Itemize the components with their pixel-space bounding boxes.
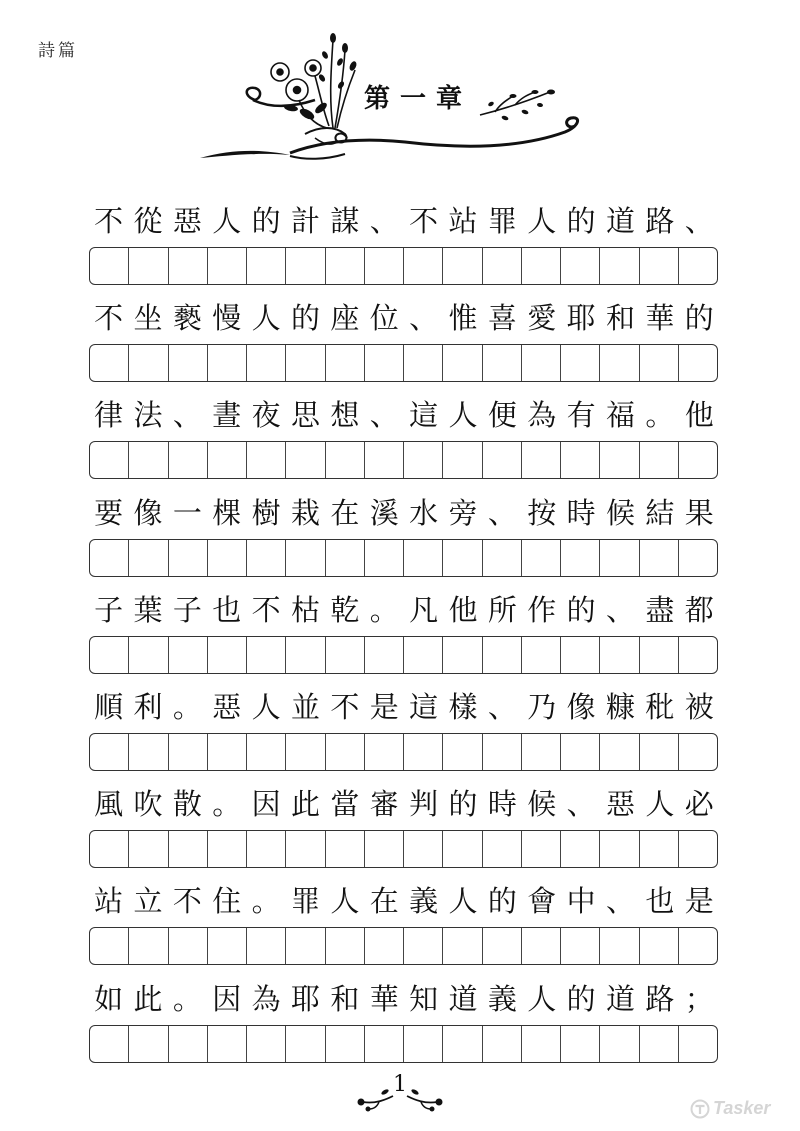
writing-cell[interactable] bbox=[208, 831, 247, 867]
verse-text-row: 律法、晝夜思想、這人便為有福。他 bbox=[89, 391, 719, 439]
verse-char: 樣 bbox=[443, 683, 482, 731]
verse-char: 人 bbox=[443, 877, 482, 925]
writing-grid-row[interactable] bbox=[89, 830, 718, 868]
verse-char: 、 bbox=[680, 197, 719, 245]
writing-cell[interactable] bbox=[404, 928, 443, 964]
writing-cell[interactable] bbox=[247, 540, 286, 576]
writing-grid-row[interactable] bbox=[89, 247, 718, 285]
verse-char: 散 bbox=[168, 780, 207, 828]
verse-char: 順 bbox=[89, 683, 128, 731]
writing-cell[interactable] bbox=[600, 928, 639, 964]
page-number: 1 bbox=[0, 1072, 800, 1097]
writing-cell[interactable] bbox=[561, 248, 600, 284]
writing-cell[interactable] bbox=[483, 248, 522, 284]
writing-cell[interactable] bbox=[640, 637, 679, 673]
writing-cell[interactable] bbox=[208, 248, 247, 284]
watermark-text: Tasker bbox=[713, 1098, 770, 1119]
verse-char: 有 bbox=[562, 391, 601, 439]
writing-cell[interactable] bbox=[640, 831, 679, 867]
copy-line: 子葉子也不枯乾。凡他所作的、盡都 bbox=[89, 586, 719, 683]
verse-char: 罪 bbox=[286, 877, 325, 925]
writing-cell[interactable] bbox=[129, 248, 168, 284]
writing-cell[interactable] bbox=[561, 928, 600, 964]
writing-cell[interactable] bbox=[365, 248, 404, 284]
verse-char: 的 bbox=[562, 197, 601, 245]
writing-cell[interactable] bbox=[561, 637, 600, 673]
verse-char: 為 bbox=[522, 391, 561, 439]
verse-char: 人 bbox=[247, 294, 286, 342]
verse-text-row: 如此。因為耶和華知道義人的道路； bbox=[89, 975, 719, 1023]
writing-cell[interactable] bbox=[600, 734, 639, 770]
verse-char: 惡 bbox=[207, 683, 246, 731]
verse-char: 不 bbox=[247, 586, 286, 634]
writing-cell[interactable] bbox=[169, 345, 208, 381]
writing-cell[interactable] bbox=[443, 248, 482, 284]
writing-cell[interactable] bbox=[169, 734, 208, 770]
writing-cell[interactable] bbox=[365, 637, 404, 673]
writing-cell[interactable] bbox=[129, 734, 168, 770]
writing-cell[interactable] bbox=[404, 248, 443, 284]
verse-char: ； bbox=[680, 975, 719, 1023]
writing-cell[interactable] bbox=[522, 831, 561, 867]
verse-char: 的 bbox=[443, 780, 482, 828]
verse-char: 也 bbox=[207, 586, 246, 634]
verse-char: 按 bbox=[522, 489, 561, 537]
writing-cell[interactable] bbox=[247, 637, 286, 673]
verse-char: 褻 bbox=[168, 294, 207, 342]
writing-cell[interactable] bbox=[679, 1026, 717, 1062]
writing-grid-row[interactable] bbox=[89, 927, 718, 965]
verse-char: 作 bbox=[522, 586, 561, 634]
writing-cell[interactable] bbox=[326, 831, 365, 867]
verse-char: 被 bbox=[680, 683, 719, 731]
writing-cell[interactable] bbox=[90, 1026, 129, 1062]
verse-char: 這 bbox=[404, 683, 443, 731]
verse-char: 華 bbox=[365, 975, 404, 1023]
writing-cell[interactable] bbox=[365, 1026, 404, 1062]
verse-char: 他 bbox=[680, 391, 719, 439]
verse-char: 乃 bbox=[522, 683, 561, 731]
verse-char: 。 bbox=[168, 975, 207, 1023]
writing-cell[interactable] bbox=[247, 831, 286, 867]
verse-char: 坐 bbox=[128, 294, 167, 342]
writing-cell[interactable] bbox=[90, 345, 129, 381]
verse-text-row: 子葉子也不枯乾。凡他所作的、盡都 bbox=[89, 586, 719, 634]
verse-char: 從 bbox=[128, 197, 167, 245]
writing-cell[interactable] bbox=[365, 831, 404, 867]
verse-char: 所 bbox=[483, 586, 522, 634]
writing-cell[interactable] bbox=[129, 831, 168, 867]
writing-cell[interactable] bbox=[129, 442, 168, 478]
writing-cell[interactable] bbox=[286, 1026, 325, 1062]
writing-grid-row[interactable] bbox=[89, 733, 718, 771]
writing-cell[interactable] bbox=[326, 928, 365, 964]
writing-cell[interactable] bbox=[640, 928, 679, 964]
verse-char: 人 bbox=[325, 877, 364, 925]
verse-char: 的 bbox=[483, 877, 522, 925]
verse-char: 人 bbox=[207, 197, 246, 245]
verse-char: 、 bbox=[404, 294, 443, 342]
writing-cell[interactable] bbox=[522, 928, 561, 964]
writing-cell[interactable] bbox=[365, 345, 404, 381]
writing-cell[interactable] bbox=[129, 1026, 168, 1062]
verse-char: 和 bbox=[325, 975, 364, 1023]
verse-char: 的 bbox=[562, 975, 601, 1023]
writing-cell[interactable] bbox=[90, 637, 129, 673]
verse-char: 栽 bbox=[286, 489, 325, 537]
writing-cell[interactable] bbox=[169, 637, 208, 673]
writing-cell[interactable] bbox=[522, 734, 561, 770]
verse-char: 的 bbox=[286, 294, 325, 342]
verse-char: 、 bbox=[168, 391, 207, 439]
writing-cell[interactable] bbox=[326, 540, 365, 576]
writing-cell[interactable] bbox=[679, 345, 717, 381]
verse-char: 會 bbox=[522, 877, 561, 925]
writing-cell[interactable] bbox=[561, 345, 600, 381]
verse-char: 人 bbox=[443, 391, 482, 439]
verse-char: 不 bbox=[168, 877, 207, 925]
writing-cell[interactable] bbox=[247, 1026, 286, 1062]
writing-cell[interactable] bbox=[404, 831, 443, 867]
verse-char: 人 bbox=[640, 780, 679, 828]
writing-cell[interactable] bbox=[169, 540, 208, 576]
verse-char: 乾 bbox=[325, 586, 364, 634]
writing-cell[interactable] bbox=[129, 928, 168, 964]
verse-char: 候 bbox=[522, 780, 561, 828]
verse-char: 。 bbox=[640, 391, 679, 439]
verse-char: 像 bbox=[562, 683, 601, 731]
verse-char: 結 bbox=[640, 489, 679, 537]
writing-cell[interactable] bbox=[247, 442, 286, 478]
verse-char: 、 bbox=[365, 391, 404, 439]
writing-cell[interactable] bbox=[522, 345, 561, 381]
writing-cell[interactable] bbox=[404, 345, 443, 381]
writing-cell[interactable] bbox=[326, 248, 365, 284]
verse-char: 住 bbox=[207, 877, 246, 925]
writing-cell[interactable] bbox=[326, 637, 365, 673]
verse-char: 座 bbox=[325, 294, 364, 342]
writing-cell[interactable] bbox=[129, 540, 168, 576]
verse-char: 必 bbox=[680, 780, 719, 828]
writing-cell[interactable] bbox=[600, 637, 639, 673]
verse-char: 判 bbox=[404, 780, 443, 828]
writing-cell[interactable] bbox=[286, 442, 325, 478]
writing-cell[interactable] bbox=[90, 928, 129, 964]
verse-char: 子 bbox=[89, 586, 128, 634]
writing-cell[interactable] bbox=[169, 248, 208, 284]
writing-cell[interactable] bbox=[522, 442, 561, 478]
copy-line: 不坐褻慢人的座位、惟喜愛耶和華的 bbox=[89, 294, 719, 391]
copy-line: 如此。因為耶和華知道義人的道路； bbox=[89, 975, 719, 1072]
watermark: Tasker bbox=[690, 1098, 770, 1119]
writing-grid-row[interactable] bbox=[89, 636, 718, 674]
verse-char: 、 bbox=[601, 586, 640, 634]
verse-char: 是 bbox=[680, 877, 719, 925]
writing-cell[interactable] bbox=[600, 248, 639, 284]
verse-text-row: 順利。惡人並不是這樣、乃像糠秕被 bbox=[89, 683, 719, 731]
verse-char: 不 bbox=[325, 683, 364, 731]
verse-char: 盡 bbox=[640, 586, 679, 634]
writing-cell[interactable] bbox=[640, 1026, 679, 1062]
writing-cell[interactable] bbox=[600, 831, 639, 867]
writing-cell[interactable] bbox=[679, 831, 717, 867]
verse-char: 謀 bbox=[325, 197, 364, 245]
writing-cell[interactable] bbox=[640, 540, 679, 576]
writing-cell[interactable] bbox=[169, 1026, 208, 1062]
writing-cell[interactable] bbox=[208, 928, 247, 964]
verse-char: 如 bbox=[89, 975, 128, 1023]
verse-char: 耶 bbox=[286, 975, 325, 1023]
verse-text-row: 要像一棵樹栽在溪水旁、按時候結果 bbox=[89, 489, 719, 537]
verse-char: 時 bbox=[483, 780, 522, 828]
writing-cell[interactable] bbox=[404, 734, 443, 770]
verse-char: 立 bbox=[128, 877, 167, 925]
writing-cell[interactable] bbox=[483, 831, 522, 867]
writing-cell[interactable] bbox=[443, 734, 482, 770]
writing-cell[interactable] bbox=[522, 637, 561, 673]
writing-cell[interactable] bbox=[443, 345, 482, 381]
writing-cell[interactable] bbox=[561, 1026, 600, 1062]
writing-cell[interactable] bbox=[286, 928, 325, 964]
verse-char: 此 bbox=[128, 975, 167, 1023]
verse-char: 他 bbox=[443, 586, 482, 634]
writing-cell[interactable] bbox=[286, 248, 325, 284]
writing-cell[interactable] bbox=[365, 928, 404, 964]
verse-char: 、 bbox=[483, 683, 522, 731]
writing-cell[interactable] bbox=[600, 345, 639, 381]
verse-char: 耶 bbox=[562, 294, 601, 342]
verse-char: 中 bbox=[562, 877, 601, 925]
footer-sprig-right-icon bbox=[405, 1082, 445, 1112]
writing-cell[interactable] bbox=[169, 928, 208, 964]
writing-cell[interactable] bbox=[208, 345, 247, 381]
writing-cell[interactable] bbox=[679, 734, 717, 770]
writing-cell[interactable] bbox=[561, 831, 600, 867]
verse-char: 在 bbox=[325, 489, 364, 537]
writing-cell[interactable] bbox=[286, 637, 325, 673]
verse-char: 水 bbox=[404, 489, 443, 537]
verse-char: 在 bbox=[365, 877, 404, 925]
verse-char: 和 bbox=[601, 294, 640, 342]
verse-char: 、 bbox=[601, 877, 640, 925]
writing-cell[interactable] bbox=[679, 928, 717, 964]
verse-char: 為 bbox=[247, 975, 286, 1023]
writing-cell[interactable] bbox=[208, 540, 247, 576]
writing-cell[interactable] bbox=[129, 345, 168, 381]
writing-cell[interactable] bbox=[404, 637, 443, 673]
writing-cell[interactable] bbox=[679, 540, 717, 576]
writing-cell[interactable] bbox=[443, 831, 482, 867]
verse-char: 樹 bbox=[247, 489, 286, 537]
verse-char: 晝 bbox=[207, 391, 246, 439]
writing-cell[interactable] bbox=[483, 928, 522, 964]
verse-char: 知 bbox=[404, 975, 443, 1023]
verse-char: 不 bbox=[89, 197, 128, 245]
verse-char: 。 bbox=[365, 586, 404, 634]
verse-char: 夜 bbox=[247, 391, 286, 439]
copy-line: 要像一棵樹栽在溪水旁、按時候結果 bbox=[89, 489, 719, 586]
writing-cell[interactable] bbox=[483, 637, 522, 673]
verse-text-row: 風吹散。因此當審判的時候、惡人必 bbox=[89, 780, 719, 828]
verse-char: 道 bbox=[443, 975, 482, 1023]
verse-char: 審 bbox=[365, 780, 404, 828]
writing-cell[interactable] bbox=[404, 540, 443, 576]
copy-line: 順利。惡人並不是這樣、乃像糠秕被 bbox=[89, 683, 719, 780]
writing-cell[interactable] bbox=[90, 540, 129, 576]
writing-grid-row[interactable] bbox=[89, 441, 718, 479]
writing-cell[interactable] bbox=[286, 831, 325, 867]
writing-cell[interactable] bbox=[483, 540, 522, 576]
writing-cell[interactable] bbox=[208, 734, 247, 770]
verse-char: 人 bbox=[247, 683, 286, 731]
writing-cell[interactable] bbox=[483, 345, 522, 381]
writing-cell[interactable] bbox=[640, 248, 679, 284]
writing-cell[interactable] bbox=[640, 442, 679, 478]
writing-cell[interactable] bbox=[404, 1026, 443, 1062]
verse-char: 像 bbox=[128, 489, 167, 537]
verse-text-row: 不從惡人的計謀、不站罪人的道路、 bbox=[89, 197, 719, 245]
writing-cell[interactable] bbox=[483, 1026, 522, 1062]
verse-char: 慢 bbox=[207, 294, 246, 342]
verse-char: 葉 bbox=[128, 586, 167, 634]
verse-char: 義 bbox=[483, 975, 522, 1023]
writing-cell[interactable] bbox=[326, 734, 365, 770]
writing-cell[interactable] bbox=[679, 248, 717, 284]
copy-line: 不從惡人的計謀、不站罪人的道路、 bbox=[89, 197, 719, 294]
writing-cell[interactable] bbox=[443, 442, 482, 478]
verse-char: 法 bbox=[128, 391, 167, 439]
verse-char: 、 bbox=[483, 489, 522, 537]
verse-char: 計 bbox=[286, 197, 325, 245]
verse-char: 因 bbox=[207, 975, 246, 1023]
writing-cell[interactable] bbox=[208, 1026, 247, 1062]
writing-cell[interactable] bbox=[247, 345, 286, 381]
verse-char: 並 bbox=[286, 683, 325, 731]
verse-char: 人 bbox=[522, 975, 561, 1023]
verse-char: 站 bbox=[89, 877, 128, 925]
verse-char: 、 bbox=[562, 780, 601, 828]
writing-cell[interactable] bbox=[561, 734, 600, 770]
verse-char: 想 bbox=[325, 391, 364, 439]
verse-char: 旁 bbox=[443, 489, 482, 537]
writing-cell[interactable] bbox=[443, 928, 482, 964]
writing-cell[interactable] bbox=[286, 734, 325, 770]
writing-cell[interactable] bbox=[561, 540, 600, 576]
writing-cell[interactable] bbox=[247, 734, 286, 770]
writing-cell[interactable] bbox=[286, 540, 325, 576]
verse-char: 罪 bbox=[483, 197, 522, 245]
verse-char: 這 bbox=[404, 391, 443, 439]
writing-cell[interactable] bbox=[365, 442, 404, 478]
writing-cell[interactable] bbox=[443, 1026, 482, 1062]
writing-cell[interactable] bbox=[640, 345, 679, 381]
writing-grid-row[interactable] bbox=[89, 539, 718, 577]
verse-char: 路 bbox=[640, 975, 679, 1023]
verse-char: 的 bbox=[562, 586, 601, 634]
writing-cell[interactable] bbox=[483, 442, 522, 478]
verse-char: 。 bbox=[168, 683, 207, 731]
writing-cell[interactable] bbox=[365, 540, 404, 576]
writing-cell[interactable] bbox=[247, 928, 286, 964]
writing-cell[interactable] bbox=[522, 540, 561, 576]
verse-char: 。 bbox=[207, 780, 246, 828]
verse-char: 愛 bbox=[522, 294, 561, 342]
verse-char: 、 bbox=[365, 197, 404, 245]
writing-grid-row[interactable] bbox=[89, 1025, 718, 1063]
writing-cell[interactable] bbox=[169, 831, 208, 867]
verse-char: 風 bbox=[89, 780, 128, 828]
writing-cell[interactable] bbox=[640, 734, 679, 770]
writing-cell[interactable] bbox=[443, 637, 482, 673]
verse-char: 道 bbox=[601, 975, 640, 1023]
verse-char: 溪 bbox=[365, 489, 404, 537]
writing-cell[interactable] bbox=[522, 248, 561, 284]
writing-cell[interactable] bbox=[600, 442, 639, 478]
writing-cell[interactable] bbox=[443, 540, 482, 576]
verse-char: 律 bbox=[89, 391, 128, 439]
writing-cell[interactable] bbox=[483, 734, 522, 770]
verse-char: 因 bbox=[247, 780, 286, 828]
writing-cell[interactable] bbox=[679, 442, 717, 478]
verse-char: 義 bbox=[404, 877, 443, 925]
chapter-title: 第一章 bbox=[364, 78, 472, 115]
copy-line: 風吹散。因此當審判的時候、惡人必 bbox=[89, 780, 719, 877]
writing-cell[interactable] bbox=[90, 831, 129, 867]
writing-cell[interactable] bbox=[600, 540, 639, 576]
verse-char: 不 bbox=[89, 294, 128, 342]
verse-char: 枯 bbox=[286, 586, 325, 634]
verse-char: 道 bbox=[601, 197, 640, 245]
writing-cell[interactable] bbox=[90, 734, 129, 770]
writing-cell[interactable] bbox=[208, 637, 247, 673]
writing-cell[interactable] bbox=[90, 442, 129, 478]
writing-cell[interactable] bbox=[326, 1026, 365, 1062]
verse-char: 當 bbox=[325, 780, 364, 828]
verse-char: 時 bbox=[562, 489, 601, 537]
book-label: 詩篇 bbox=[38, 36, 78, 61]
writing-cell[interactable] bbox=[326, 442, 365, 478]
verse-char: 糠 bbox=[601, 683, 640, 731]
writing-cell[interactable] bbox=[247, 248, 286, 284]
writing-cell[interactable] bbox=[404, 442, 443, 478]
copy-line: 站立不住。罪人在義人的會中、也是 bbox=[89, 877, 719, 974]
verse-char: 人 bbox=[522, 197, 561, 245]
writing-cell[interactable] bbox=[90, 248, 129, 284]
verse-char: 一 bbox=[168, 489, 207, 537]
writing-cell[interactable] bbox=[326, 345, 365, 381]
writing-cell[interactable] bbox=[679, 637, 717, 673]
verse-char: 的 bbox=[247, 197, 286, 245]
writing-cell[interactable] bbox=[129, 637, 168, 673]
writing-grid-row[interactable] bbox=[89, 344, 718, 382]
verse-text-row: 不坐褻慢人的座位、惟喜愛耶和華的 bbox=[89, 294, 719, 342]
writing-cell[interactable] bbox=[169, 442, 208, 478]
verse-char: 也 bbox=[640, 877, 679, 925]
writing-cell[interactable] bbox=[600, 1026, 639, 1062]
writing-cell[interactable] bbox=[561, 442, 600, 478]
writing-cell[interactable] bbox=[365, 734, 404, 770]
writing-cell[interactable] bbox=[522, 1026, 561, 1062]
writing-cell[interactable] bbox=[286, 345, 325, 381]
verse-char: 不 bbox=[404, 197, 443, 245]
verse-char: 子 bbox=[168, 586, 207, 634]
verse-char: 果 bbox=[680, 489, 719, 537]
writing-cell[interactable] bbox=[208, 442, 247, 478]
verse-char: 是 bbox=[365, 683, 404, 731]
verse-char: 福 bbox=[601, 391, 640, 439]
verse-text-row: 站立不住。罪人在義人的會中、也是 bbox=[89, 877, 719, 925]
verse-char: 路 bbox=[640, 197, 679, 245]
